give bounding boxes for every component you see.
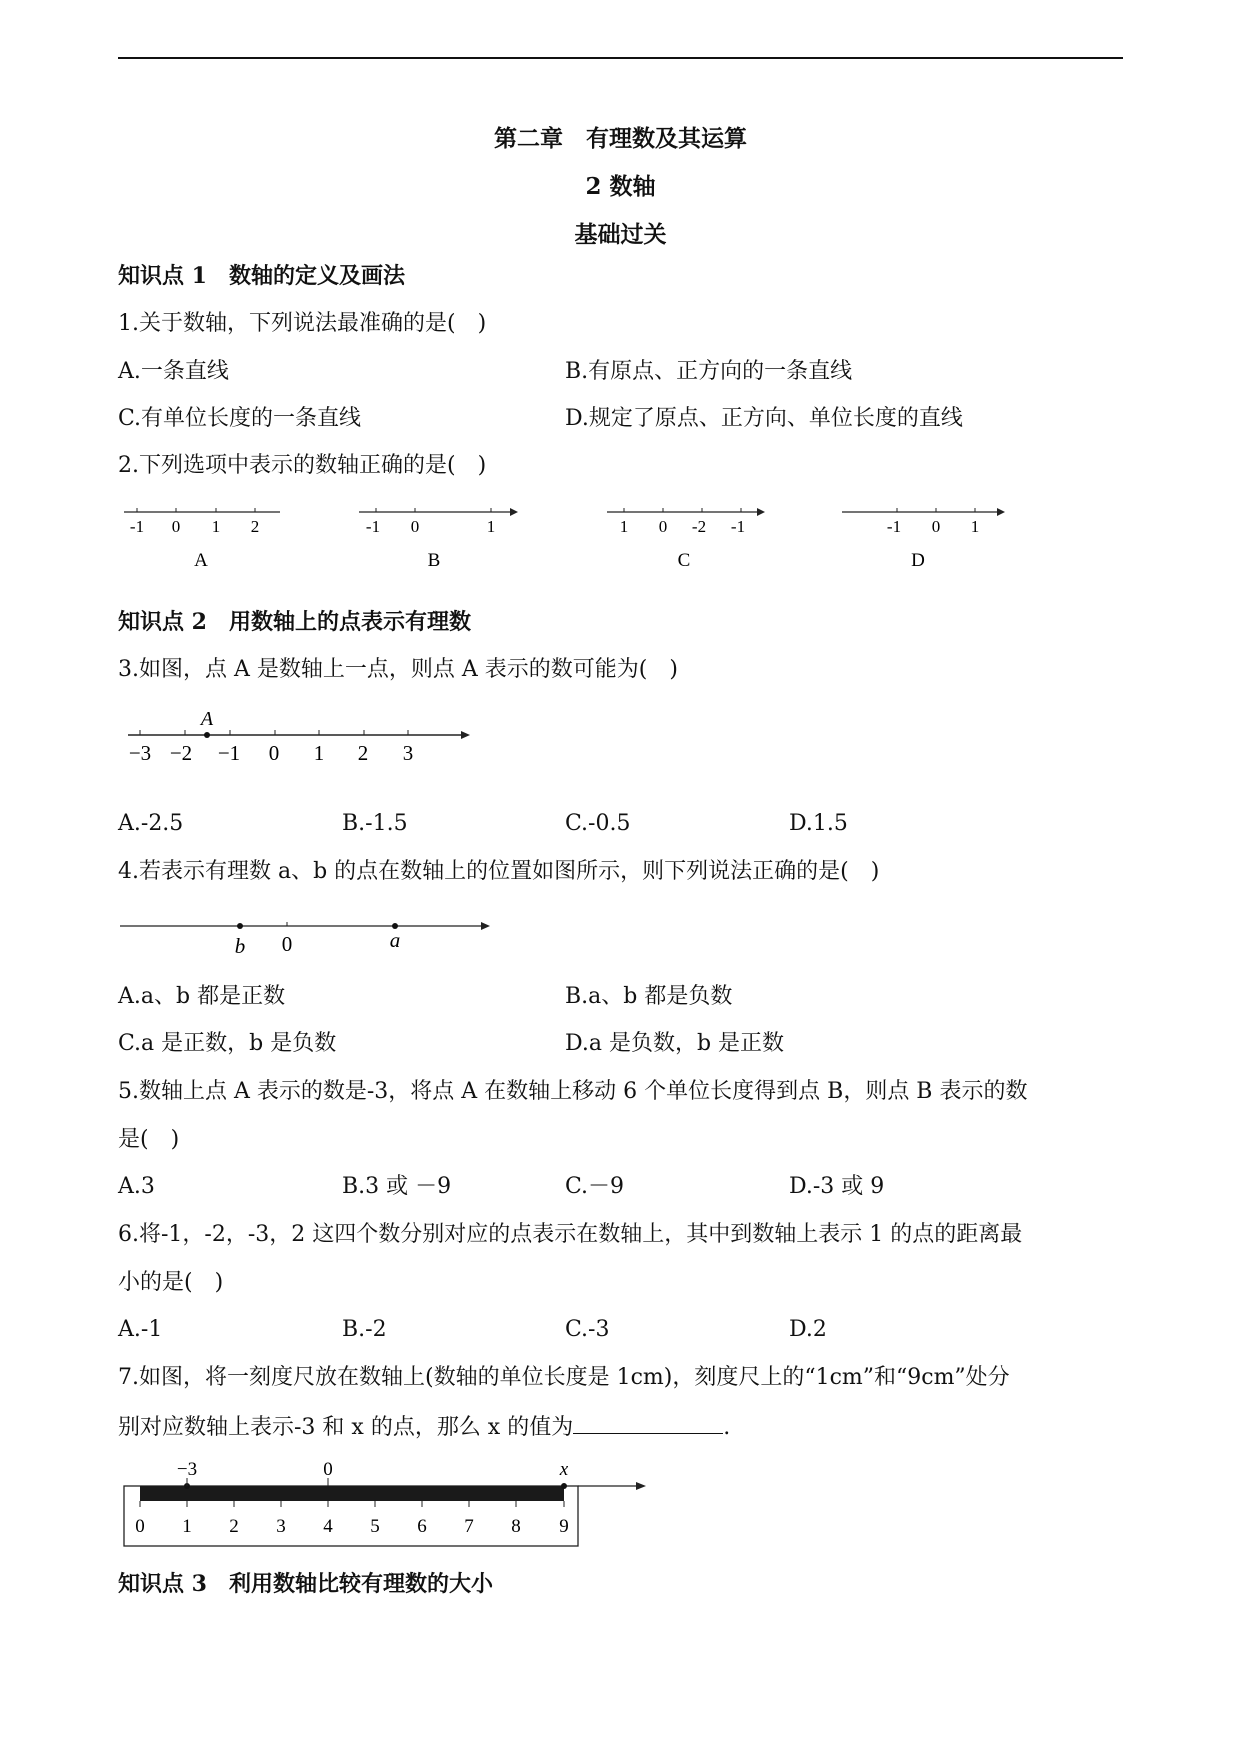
svg-text:C: C bbox=[678, 550, 691, 571]
q2-stem: 2.下列选项中表示的数轴正确的是( ) bbox=[118, 453, 486, 479]
svg-text:−1: −1 bbox=[218, 741, 240, 765]
svg-text:−2: −2 bbox=[170, 741, 192, 765]
point-b bbox=[237, 923, 243, 929]
svg-text:2: 2 bbox=[229, 1516, 239, 1537]
svg-text:1: 1 bbox=[971, 517, 980, 536]
q6-stem-line1: 6.将-1，-2，-3，2 这四个数分别对应的点表示在数轴上，其中到数轴上表示 … bbox=[118, 1222, 1022, 1248]
q6-option-c: C.-3 bbox=[565, 1317, 609, 1343]
q1-option-b: B.有原点、正方向的一条直线 bbox=[565, 359, 852, 385]
kp2-title: 知识点 2 用数轴上的点表示有理数 bbox=[118, 609, 471, 635]
kp1-title: 知识点 1 数轴的定义及画法 bbox=[118, 263, 405, 289]
q4-stem: 4.若表示有理数 a、b 的点在数轴上的位置如图所示，则下列说法正确的是( ) bbox=[118, 859, 879, 885]
svg-text:-2: -2 bbox=[692, 517, 706, 536]
svg-text:A: A bbox=[194, 550, 208, 571]
q1-option-d: D.规定了原点、正方向、单位长度的直线 bbox=[565, 406, 963, 432]
q7-ruler-figure: −3 0 x 0 1 2 3 4 5 6 7 8 9 bbox=[118, 1460, 658, 1560]
q3-number-line: A −3 −2 −1 0 1 2 3 bbox=[118, 700, 478, 770]
svg-text:8: 8 bbox=[511, 1516, 521, 1537]
header-rule bbox=[118, 57, 1123, 59]
q7-stem-end: . bbox=[723, 1415, 730, 1440]
svg-text:1: 1 bbox=[620, 517, 629, 536]
point-a bbox=[204, 732, 210, 738]
svg-text:A: A bbox=[199, 708, 214, 730]
q4-option-a: A.a、b 都是正数 bbox=[118, 984, 285, 1010]
kp3-title: 知识点 3 利用数轴比较有理数的大小 bbox=[118, 1571, 493, 1597]
svg-text:3: 3 bbox=[276, 1516, 286, 1537]
svg-text:-1: -1 bbox=[887, 517, 901, 536]
svg-text:1: 1 bbox=[182, 1516, 192, 1537]
q7-stem-line1: 7.如图，将一刻度尺放在数轴上(数轴的单位长度是 1cm)，刻度尺上的“1cm”… bbox=[118, 1365, 1010, 1391]
svg-text:0: 0 bbox=[659, 517, 668, 536]
q3-option-b: B.-1.5 bbox=[342, 811, 408, 837]
chapter-title: 第二章 有理数及其运算 bbox=[0, 120, 1241, 153]
svg-text:3: 3 bbox=[403, 741, 414, 765]
q6-option-b: B.-2 bbox=[342, 1317, 387, 1343]
q6-option-d: D.2 bbox=[789, 1317, 827, 1343]
svg-text:1: 1 bbox=[314, 741, 325, 765]
svg-text:9: 9 bbox=[559, 1516, 569, 1537]
svg-text:1: 1 bbox=[487, 517, 496, 536]
q1-option-a: A.一条直线 bbox=[118, 359, 229, 385]
q5-option-c: C.－9 bbox=[565, 1174, 624, 1200]
q1-stem: 1.关于数轴，下列说法最准确的是( ) bbox=[118, 311, 486, 337]
answer-blank[interactable] bbox=[573, 1413, 723, 1434]
q5-option-b: B.3 或 －9 bbox=[342, 1174, 451, 1200]
svg-text:−3: −3 bbox=[177, 1460, 197, 1480]
svg-text:b: b bbox=[235, 934, 246, 958]
q3-option-d: D.1.5 bbox=[789, 811, 848, 837]
q2-figure-d: -1 0 1 D bbox=[842, 508, 1005, 571]
svg-text:2: 2 bbox=[358, 741, 369, 765]
q6-option-a: A.-1 bbox=[118, 1317, 162, 1343]
q5-option-d: D.-3 或 9 bbox=[789, 1174, 884, 1200]
svg-text:-1: -1 bbox=[731, 517, 745, 536]
q3-option-c: C.-0.5 bbox=[565, 811, 630, 837]
q4-number-line: b 0 a bbox=[118, 905, 498, 965]
q4-option-d: D.a 是负数，b 是正数 bbox=[565, 1031, 784, 1057]
q2-figure-c: 1 0 -2 -1 C bbox=[607, 508, 765, 571]
q6-stem-line2: 小的是( ) bbox=[118, 1270, 223, 1296]
svg-text:4: 4 bbox=[323, 1516, 333, 1537]
q3-stem: 3.如图，点 A 是数轴上一点，则点 A 表示的数可能为( ) bbox=[118, 657, 678, 683]
svg-text:-1: -1 bbox=[366, 517, 380, 536]
subsection-title: 基础过关 bbox=[0, 216, 1241, 249]
q4-option-b: B.a、b 都是负数 bbox=[565, 984, 732, 1010]
q3-option-a: A.-2.5 bbox=[118, 811, 183, 837]
svg-text:2: 2 bbox=[251, 517, 260, 536]
svg-text:D: D bbox=[911, 550, 925, 571]
svg-text:6: 6 bbox=[417, 1516, 427, 1537]
q2-figure-a: -1 0 1 2 A bbox=[124, 508, 280, 571]
q2-figure-b: -1 0 1 B bbox=[359, 508, 518, 571]
q5-stem-line1: 5.数轴上点 A 表示的数是-3，将点 A 在数轴上移动 6 个单位长度得到点 … bbox=[118, 1079, 1027, 1105]
svg-text:0: 0 bbox=[932, 517, 941, 536]
svg-text:0: 0 bbox=[172, 517, 181, 536]
svg-text:1: 1 bbox=[212, 517, 221, 536]
q1-option-c: C.有单位长度的一条直线 bbox=[118, 406, 361, 432]
svg-text:−3: −3 bbox=[129, 741, 151, 765]
svg-text:5: 5 bbox=[370, 1516, 380, 1537]
svg-text:x: x bbox=[559, 1460, 569, 1480]
q7-stem-text: 别对应数轴上表示-3 和 x 的点，那么 x 的值为 bbox=[118, 1415, 573, 1440]
svg-text:B: B bbox=[428, 550, 441, 571]
q5-option-a: A.3 bbox=[118, 1174, 155, 1200]
svg-text:7: 7 bbox=[464, 1516, 474, 1537]
svg-text:a: a bbox=[390, 928, 401, 952]
q7-stem-line2: 别对应数轴上表示-3 和 x 的点，那么 x 的值为. bbox=[118, 1413, 730, 1441]
svg-text:0: 0 bbox=[323, 1460, 333, 1480]
q4-option-c: C.a 是正数，b 是负数 bbox=[118, 1031, 336, 1057]
section-title: 2 数轴 bbox=[0, 168, 1241, 201]
svg-text:0: 0 bbox=[269, 741, 280, 765]
svg-text:0: 0 bbox=[411, 517, 420, 536]
svg-text:-1: -1 bbox=[130, 517, 144, 536]
svg-text:0: 0 bbox=[282, 932, 293, 956]
svg-text:0: 0 bbox=[135, 1516, 145, 1537]
q2-figures: -1 0 1 2 A -1 0 1 B 1 0 -2 -1 C -1 bbox=[118, 495, 1018, 575]
q5-stem-line2: 是( ) bbox=[118, 1127, 179, 1153]
